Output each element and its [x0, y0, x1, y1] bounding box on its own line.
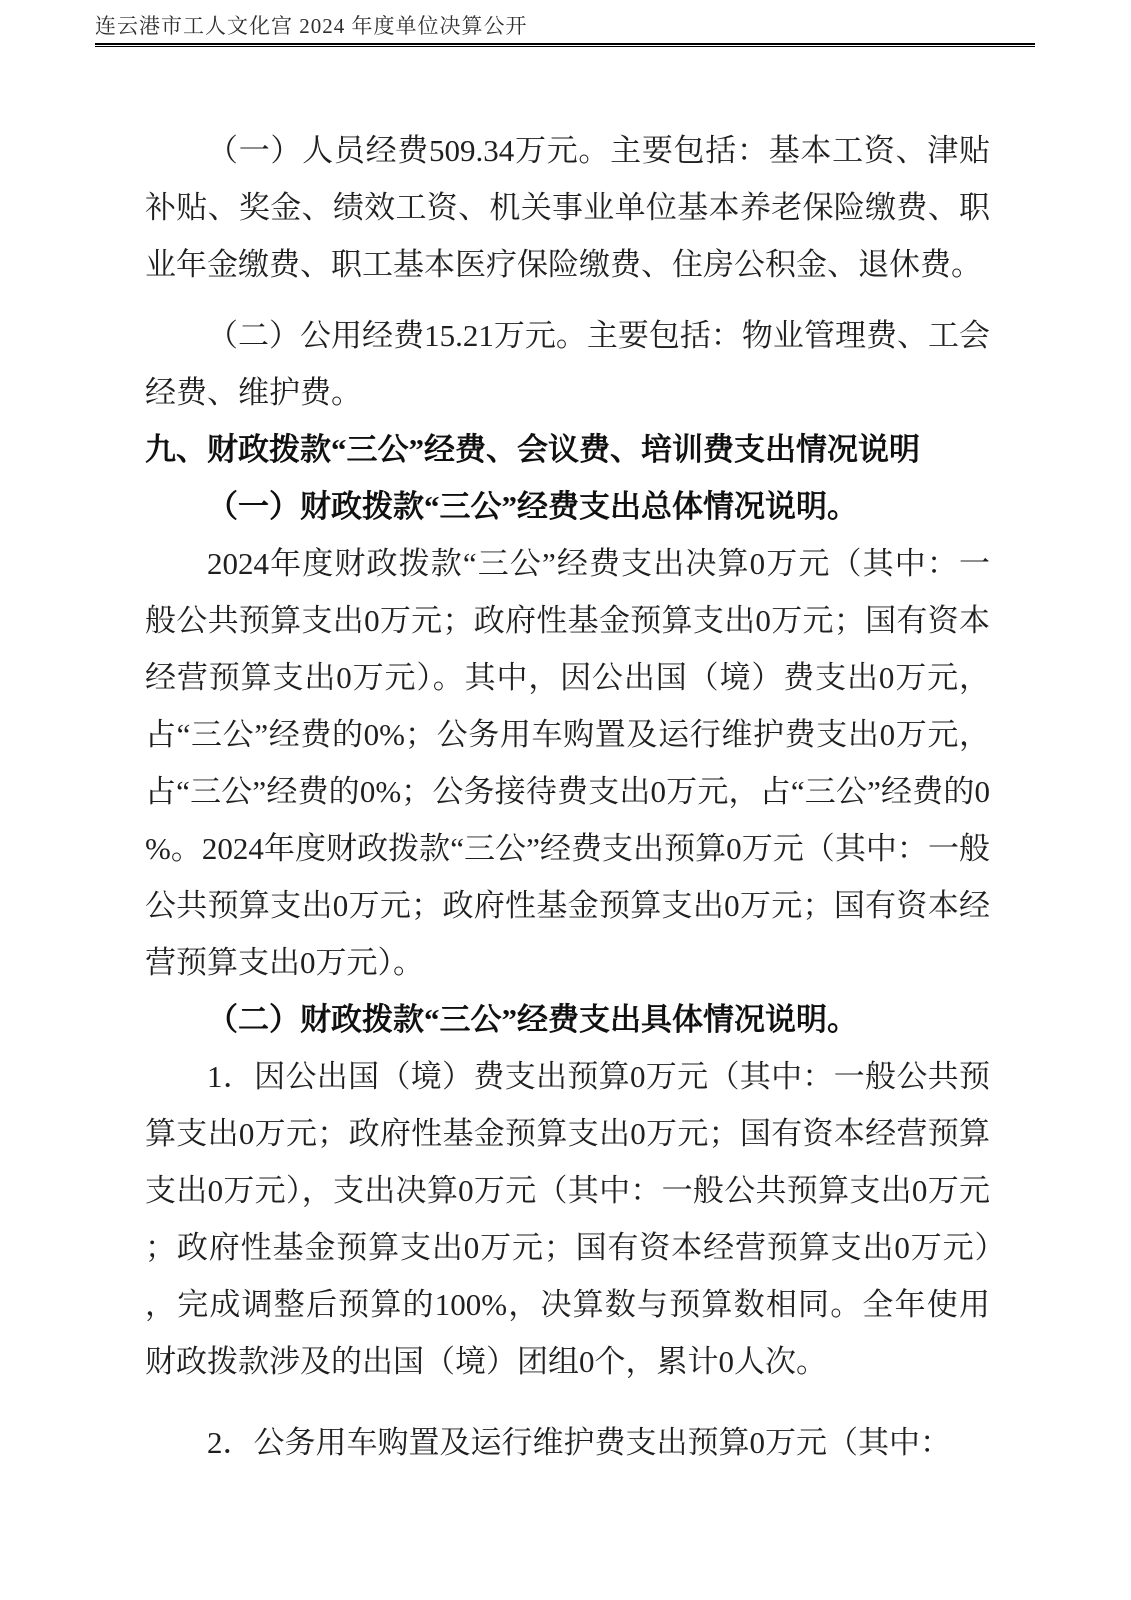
para-overseas-trips: 1．因公出国（境）费支出预算0万元（其中：一般公共预算支出0万元；政府性基金预算… — [145, 1048, 990, 1390]
para-public-expense: （二）公用经费15.21万元。主要包括：物业管理费、工会经费、维护费。 — [145, 307, 990, 421]
para-personnel-expense: （一）人员经费509.34万元。主要包括：基本工资、津贴补贴、奖金、绩效工资、机… — [145, 122, 990, 293]
document-page: 连云港市工人文化宫 2024 年度单位决算公开 （一）人员经费509.34万元。… — [0, 0, 1131, 1600]
heading-sangong-overall: （一）财政拨款“三公”经费支出总体情况说明。 — [145, 478, 990, 535]
para-official-vehicle: 2．公务用车购置及运行维护费支出预算0万元（其中： — [145, 1414, 990, 1471]
heading-section-nine: 九、财政拨款“三公”经费、会议费、培训费支出情况说明 — [145, 421, 990, 478]
header-title: 连云港市工人文化宫 2024 年度单位决算公开 — [95, 13, 1035, 39]
heading-sangong-detail: （二）财政拨款“三公”经费支出具体情况说明。 — [145, 991, 990, 1048]
page-header: 连云港市工人文化宫 2024 年度单位决算公开 — [95, 13, 1035, 47]
header-divider — [95, 43, 1035, 47]
para-sangong-overall: 2024年度财政拨款“三公”经费支出决算0万元（其中：一般公共预算支出0万元；政… — [145, 535, 990, 991]
document-body: （一）人员经费509.34万元。主要包括：基本工资、津贴补贴、奖金、绩效工资、机… — [145, 122, 990, 1471]
